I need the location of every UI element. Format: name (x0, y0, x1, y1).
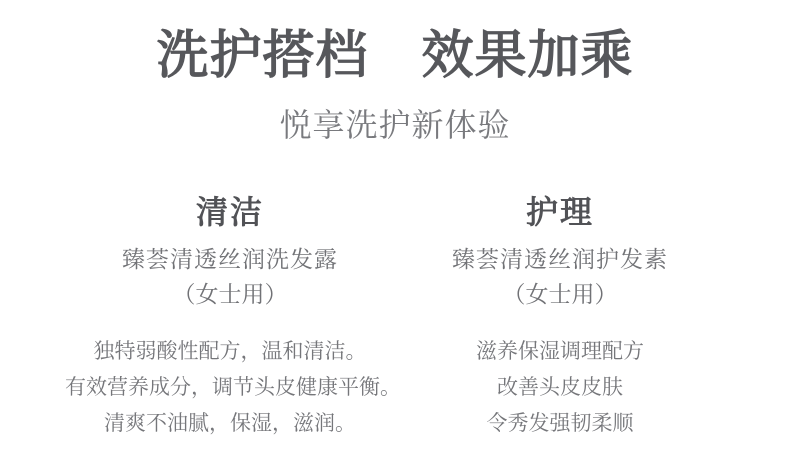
detail-line: 滋养保湿调理配方 (395, 334, 725, 370)
audience-label: （女士用） (65, 281, 395, 307)
column-care: 护理 臻荟清透丝润护发素 （女士用） 滋养保湿调理配方 改善头皮皮肤 令秀发强韧… (395, 193, 725, 441)
detail-line: 清爽不油腻，保湿，滋润。 (65, 406, 395, 442)
product-columns: 清洁 臻荟清透丝润洗发露 （女士用） 独特弱酸性配方，温和清洁。 有效营养成分，… (0, 193, 790, 441)
audience-label: （女士用） (395, 281, 725, 307)
detail-line: 有效营养成分，调节头皮健康平衡。 (65, 370, 395, 406)
column-heading-cleansing: 清洁 (65, 193, 395, 231)
detail-line: 令秀发强韧柔顺 (395, 406, 725, 442)
detail-list: 滋养保湿调理配方 改善头皮皮肤 令秀发强韧柔顺 (395, 334, 725, 442)
detail-line: 改善头皮皮肤 (395, 370, 725, 406)
page-subtitle: 悦享洗护新体验 (0, 108, 790, 143)
page-title: 洗护搭档 效果加乘 (0, 27, 790, 85)
product-name-shampoo: 臻荟清透丝润洗发露 (65, 246, 395, 272)
column-cleansing: 清洁 臻荟清透丝润洗发露 （女士用） 独特弱酸性配方，温和清洁。 有效营养成分，… (65, 193, 395, 441)
product-name-conditioner: 臻荟清透丝润护发素 (395, 246, 725, 272)
detail-list: 独特弱酸性配方，温和清洁。 有效营养成分，调节头皮健康平衡。 清爽不油腻，保湿，… (65, 334, 395, 442)
product-description-section: 洗护搭档 效果加乘 悦享洗护新体验 清洁 臻荟清透丝润洗发露 （女士用） 独特弱… (0, 0, 790, 464)
detail-line: 独特弱酸性配方，温和清洁。 (65, 334, 395, 370)
column-heading-care: 护理 (395, 193, 725, 231)
